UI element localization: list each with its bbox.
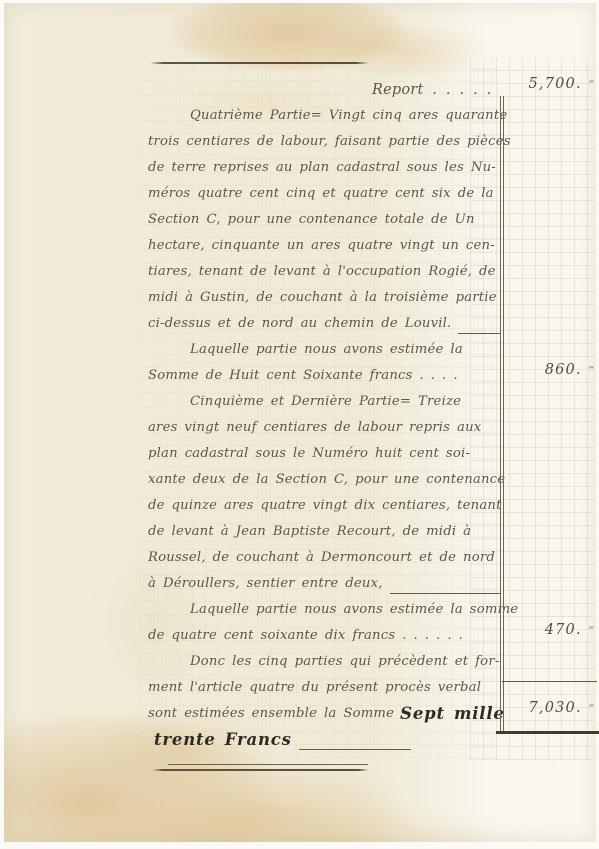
amount-cents-mark: ‴: [589, 366, 594, 377]
bottom-rule-upper: [168, 764, 368, 765]
manuscript-line: Laquelle partie nous avons estimée la so…: [148, 594, 500, 620]
amounts-column-total-rule: [496, 731, 599, 734]
manuscript-line-text: Somme de Huit cent Soixante francs . . .…: [148, 366, 458, 386]
manuscript-line-text: à Déroullers, sentier entre deux,: [148, 574, 383, 594]
manuscript-line-text: Laquelle partie nous avons estimée la so…: [190, 600, 518, 620]
manuscript-line-text: ment l'article quatre du présent procès …: [148, 678, 481, 698]
manuscript-line: de levant à Jean Baptiste Recourt, de mi…: [148, 516, 500, 542]
manuscript-line-text: trois centiares de labour, faisant parti…: [148, 132, 511, 152]
amount-entry: 5,700. ‴: [522, 76, 594, 98]
manuscript-line-text: plan cadastral sous le Numéro huit cent …: [148, 444, 470, 464]
amounts-column-vertical-rule: [500, 96, 504, 733]
manuscript-line: ares vingt neuf centiares de labour repr…: [148, 412, 500, 438]
manuscript-line-text: ares vingt neuf centiares de labour repr…: [148, 418, 481, 438]
manuscript-line: plan cadastral sous le Numéro huit cent …: [148, 438, 500, 464]
manuscript-line-text: Report . . . . .: [372, 80, 492, 100]
manuscript-line: trois centiares de labour, faisant parti…: [148, 126, 500, 152]
manuscript-line-text: de quinze ares quatre vingt dix centiare…: [148, 496, 502, 516]
manuscript-line-text: de quatre cent soixante dix francs . . .…: [148, 626, 463, 646]
amount-entry: 860. ‴: [522, 362, 594, 384]
manuscript-line: Section C, pour une contenance totale de…: [148, 204, 500, 230]
manuscript-line: Somme de Huit cent Soixante francs . . .…: [148, 360, 500, 386]
manuscript-line-emphasis-text: trente Francs: [154, 730, 292, 750]
amounts-column-subtotal-rule: [502, 681, 597, 682]
amount-cents-mark: ‴: [589, 626, 594, 637]
manuscript-line-text: Donc les cinq parties qui précèdent et f…: [190, 652, 499, 672]
manuscript-line: à Déroullers, sentier entre deux,: [148, 568, 500, 594]
manuscript-line-text: Section C, pour une contenance totale de…: [148, 210, 475, 230]
manuscript-line-text: Laquelle partie nous avons estimée la: [190, 340, 463, 360]
amount-entry: 470. ‴: [522, 622, 594, 644]
bottom-rule-lower: [152, 769, 369, 771]
manuscript-line: Quatrième Partie= Vingt cinq ares quaran…: [148, 100, 500, 126]
manuscript-line: sont estimées ensemble la Somme Sept mil…: [148, 698, 500, 724]
manuscript-line-text: sont estimées ensemble la Somme: [148, 704, 394, 724]
amount-value: 5,700.: [528, 76, 581, 92]
manuscript-line: trente Francs: [148, 724, 500, 750]
manuscript-line-text: midi à Gustin, de couchant à la troisièm…: [148, 288, 497, 308]
amount-entry: 7,030. ‴: [522, 700, 594, 722]
manuscript-line-text: ci-dessus et de nord au chemin de Louvil…: [148, 314, 451, 334]
amount-value: 860.: [545, 362, 582, 378]
top-rule: [150, 62, 369, 64]
manuscript-line-text: tiares, tenant de levant à l'occupation …: [148, 262, 496, 282]
manuscript-line-text: Cinquième et Dernière Partie= Treize: [190, 392, 461, 412]
line-filler-rule: [458, 314, 500, 334]
manuscript-line: méros quatre cent cinq et quatre cent si…: [148, 178, 500, 204]
manuscript-line: Cinquième et Dernière Partie= Treize: [148, 386, 500, 412]
line-filler-rule: [390, 574, 500, 594]
manuscript-line: Report . . . . .: [148, 74, 500, 100]
manuscript-line: Donc les cinq parties qui précèdent et f…: [148, 646, 500, 672]
manuscript-line: Roussel, de couchant à Dermoncourt et de…: [148, 542, 500, 568]
manuscript-line-text: de terre reprises au plan cadastral sous…: [148, 158, 496, 178]
manuscript-line-text: méros quatre cent cinq et quatre cent si…: [148, 184, 494, 204]
amount-cents-mark: ‴: [589, 704, 594, 715]
manuscript-line: de quatre cent soixante dix francs . . .…: [148, 620, 500, 646]
manuscript-lines: Report . . . . . Quatrième Partie= Vingt…: [148, 74, 500, 750]
scanned-manuscript-page: Report . . . . . Quatrième Partie= Vingt…: [0, 0, 599, 849]
manuscript-line-text: de levant à Jean Baptiste Recourt, de mi…: [148, 522, 471, 542]
manuscript-line: Laquelle partie nous avons estimée la: [148, 334, 500, 360]
amount-value: 7,030.: [528, 700, 581, 716]
manuscript-line: xante deux de la Section C, pour une con…: [148, 464, 500, 490]
amount-cents-mark: ‴: [589, 80, 594, 91]
manuscript-line: ment l'article quatre du présent procès …: [148, 672, 500, 698]
manuscript-line: de quinze ares quatre vingt dix centiare…: [148, 490, 500, 516]
manuscript-line-text: hectare, cinquante un ares quatre vingt …: [148, 236, 495, 256]
manuscript-line: tiares, tenant de levant à l'occupation …: [148, 256, 500, 282]
manuscript-line-text: Quatrième Partie= Vingt cinq ares quaran…: [190, 106, 507, 126]
manuscript-line-text: xante deux de la Section C, pour une con…: [148, 470, 505, 490]
manuscript-line: midi à Gustin, de couchant à la troisièm…: [148, 282, 500, 308]
manuscript-line-emphasis-text: Sept mille: [400, 704, 505, 724]
line-filler-rule: [299, 730, 411, 750]
amount-value: 470.: [545, 622, 582, 638]
manuscript-line: ci-dessus et de nord au chemin de Louvil…: [148, 308, 500, 334]
manuscript-line: de terre reprises au plan cadastral sous…: [148, 152, 500, 178]
manuscript-line-text: Roussel, de couchant à Dermoncourt et de…: [148, 548, 495, 568]
manuscript-line: hectare, cinquante un ares quatre vingt …: [148, 230, 500, 256]
